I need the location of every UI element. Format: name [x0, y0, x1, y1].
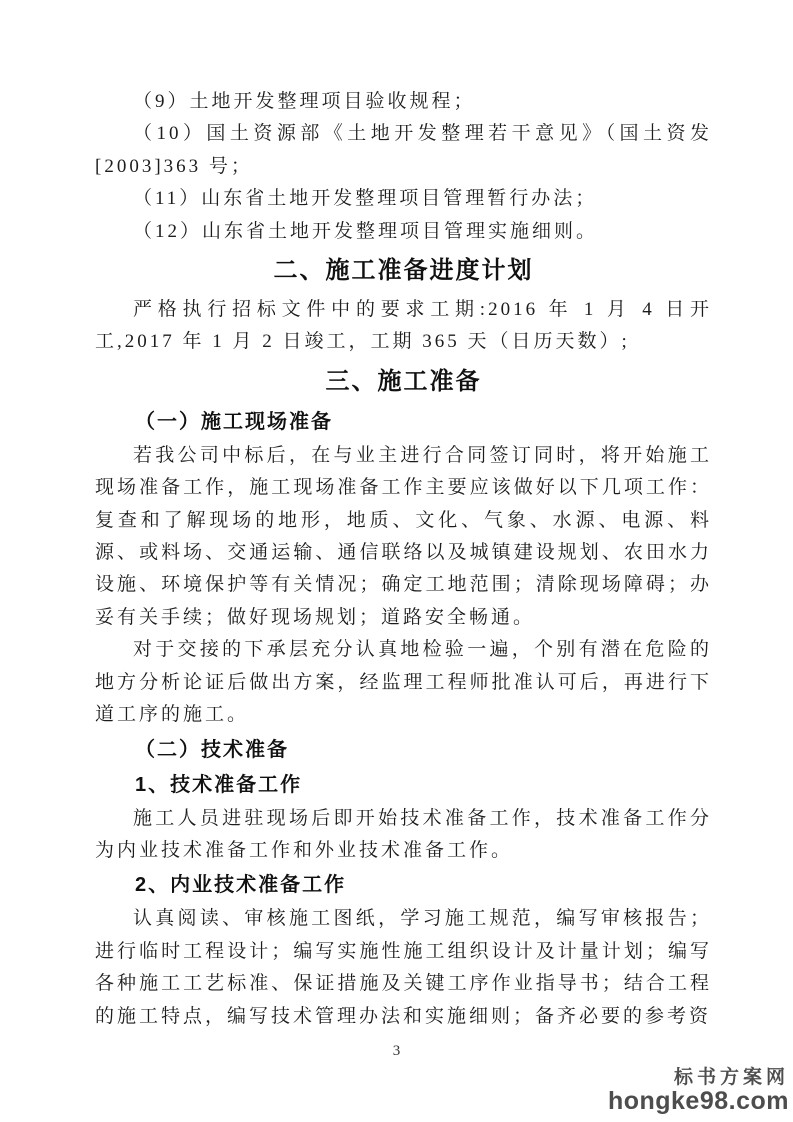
subheading-office-technical-prep: 2、内业技术准备工作 — [95, 868, 712, 902]
paragraph-site-preparation: 若我公司中标后，在与业主进行合同签订同时，将开始施工现场准备工作，施工现场准备工… — [95, 440, 712, 634]
document-content: （9）土地开发整理项目验收规程； （10）国土资源部《土地开发整理若干意见》（国… — [95, 86, 712, 1033]
watermark: 标书方案网 hongke98.com — [608, 1068, 789, 1114]
subsection-heading-technical-preparation: （二）技术准备 — [95, 733, 712, 767]
page-number: 3 — [0, 1043, 793, 1060]
section-heading-2: 二、施工准备进度计划 — [95, 251, 712, 291]
watermark-domain: hongke98.com — [608, 1088, 789, 1114]
paragraph-schedule: 严格执行招标文件中的要求工期:2016 年 1 月 4 日开工,2017 年 1… — [95, 294, 712, 359]
list-item-12: （12）山东省土地开发整理项目管理实施细则。 — [95, 216, 712, 248]
subsection-heading-site-preparation: （一）施工现场准备 — [95, 405, 712, 439]
document-page: （9）土地开发整理项目验收规程； （10）国土资源部《土地开发整理若干意见》（国… — [0, 0, 793, 1122]
paragraph-subgrade-inspection: 对于交接的下承层充分认真地检验一遍，个别有潜在危险的地方分析论证后做出方案，经监… — [95, 634, 712, 731]
watermark-site-name: 标书方案网 — [608, 1068, 789, 1088]
section-heading-3: 三、施工准备 — [95, 362, 712, 402]
list-item-10: （10）国土资源部《土地开发整理若干意见》（国土资发[2003]363 号； — [95, 118, 712, 183]
subheading-technical-prep-work: 1、技术准备工作 — [95, 768, 712, 802]
list-item-11: （11）山东省土地开发整理项目管理暂行办法； — [95, 183, 712, 215]
list-item-9: （9）土地开发整理项目验收规程； — [95, 86, 712, 118]
paragraph-office-technical-prep: 认真阅读、审核施工图纸，学习施工规范，编写审核报告；进行临时工程设计；编写实施性… — [95, 903, 712, 1033]
paragraph-technical-prep-work: 施工人员进驻现场后即开始技术准备工作，技术准备工作分为内业技术准备工作和外业技术… — [95, 803, 712, 868]
